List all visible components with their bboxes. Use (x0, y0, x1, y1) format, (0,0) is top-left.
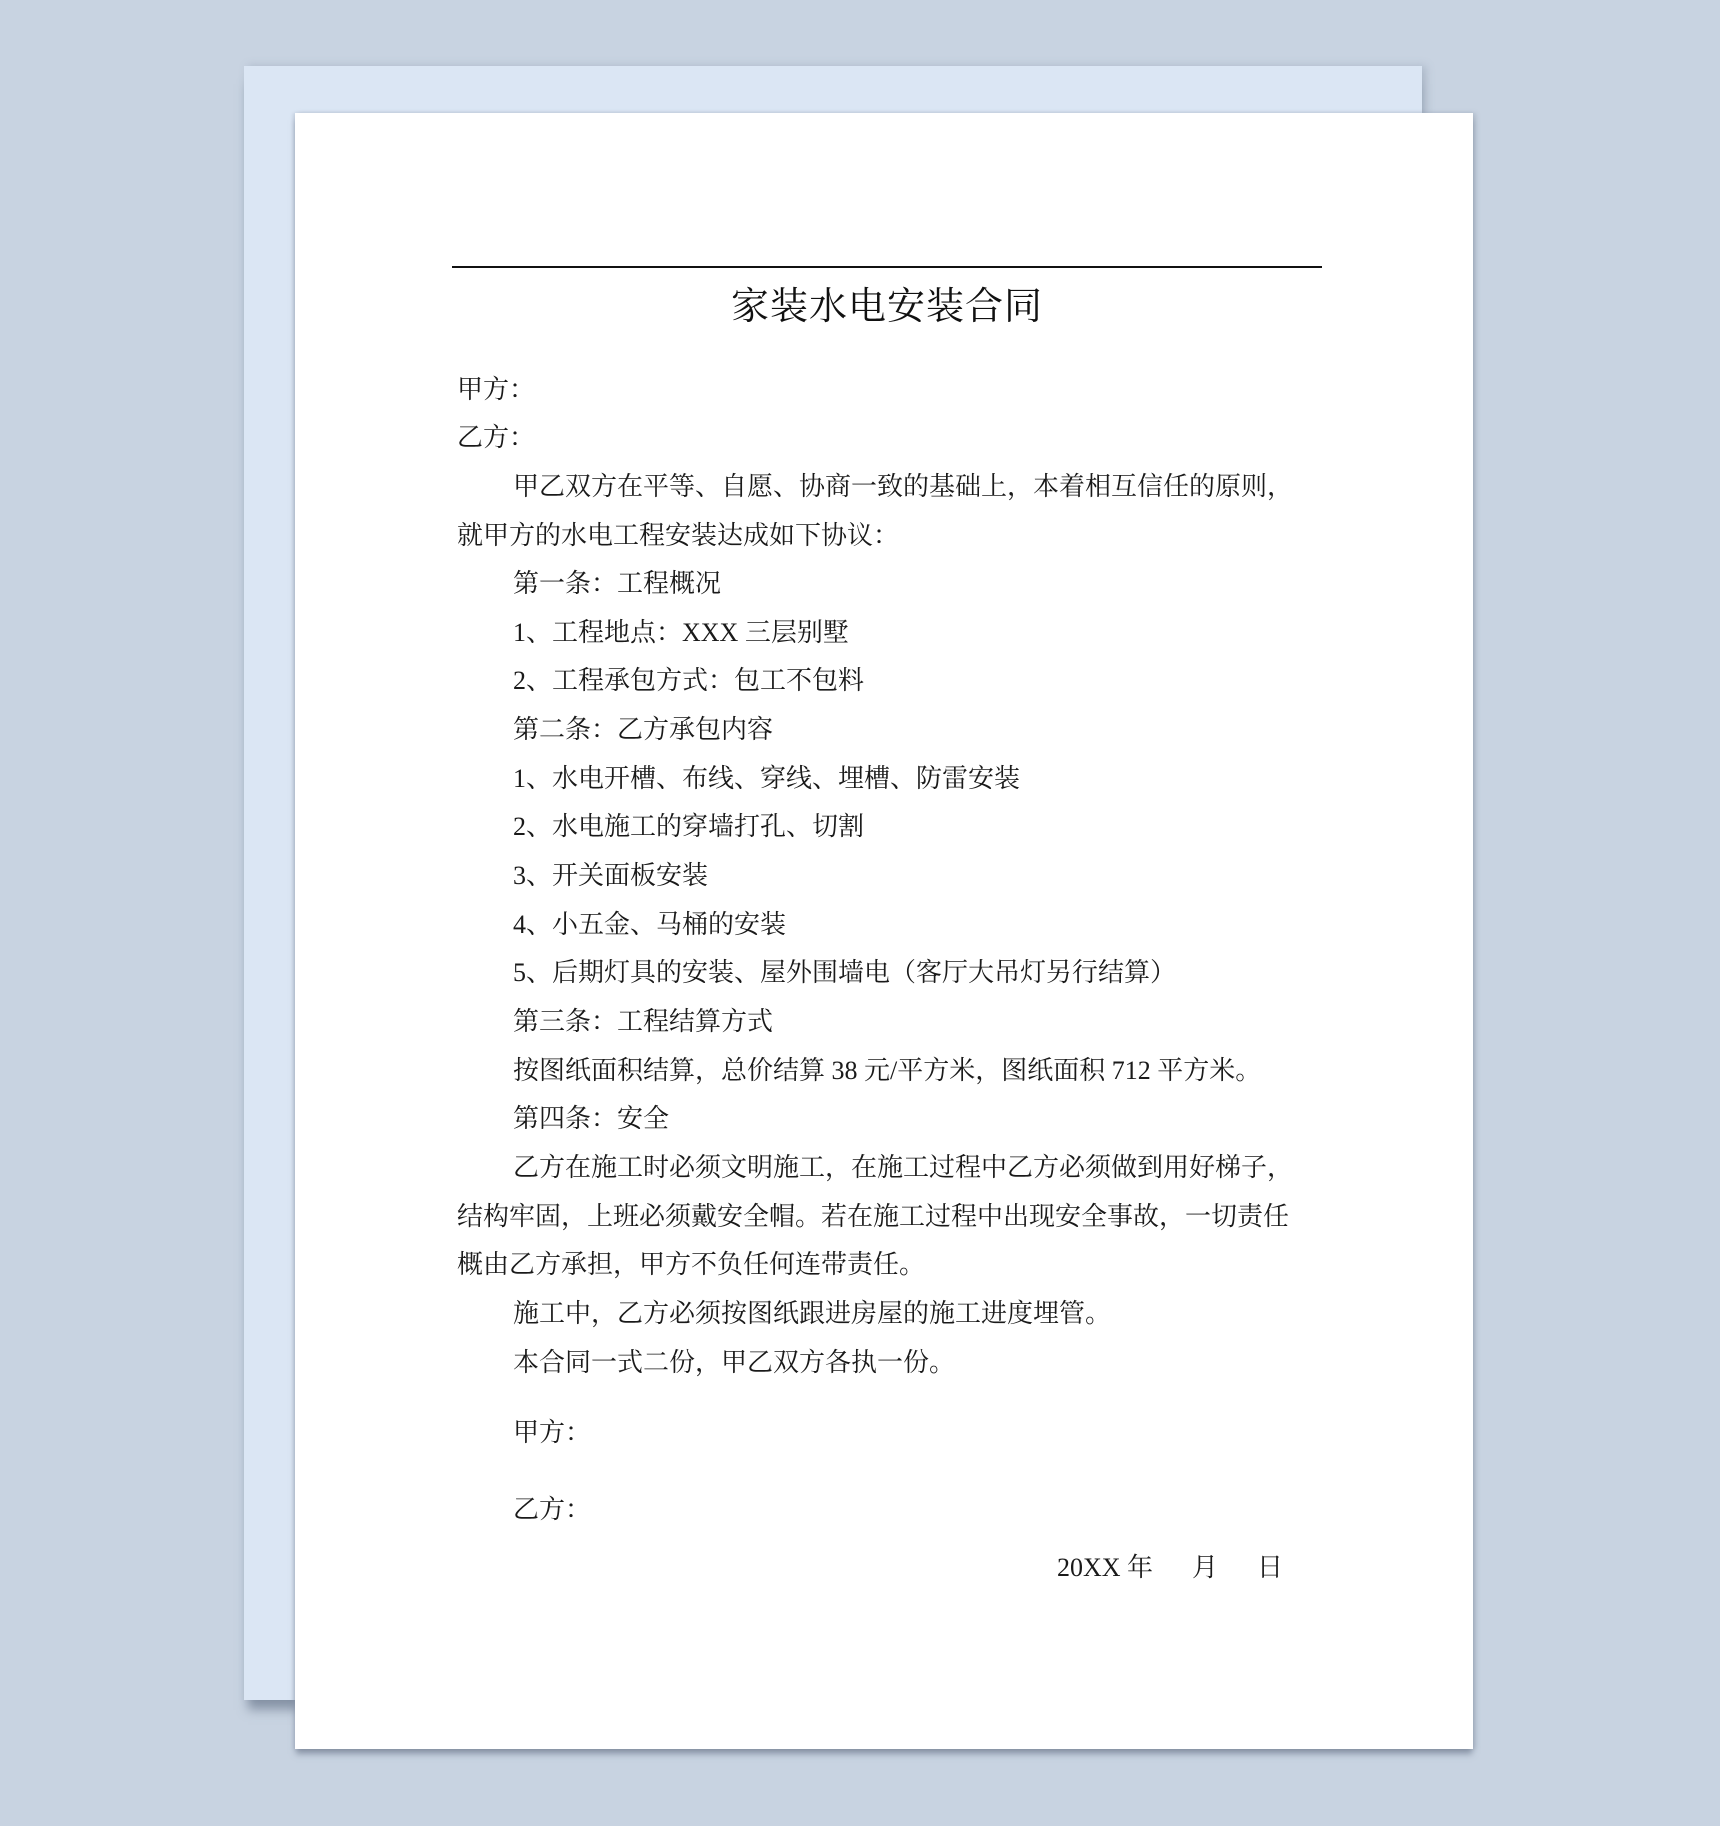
party-b-label: 乙方： (457, 421, 535, 455)
article-3-text: 按图纸面积结算，总价结算 38 元/平方米，图纸面积 712 平方米。 (513, 1054, 1261, 1088)
document-title: 家装水电安装合同 (452, 283, 1322, 331)
article-2-item: 1、水电开槽、布线、穿线、埋槽、防雷安装 (513, 762, 1020, 796)
party-a-label: 甲方： (457, 373, 535, 407)
article-1-item: 2、工程承包方式：包工不包料 (513, 664, 864, 698)
preamble-line-2: 就甲方的水电工程安装达成如下协议： (457, 519, 899, 553)
clause-pipes: 施工中，乙方必须按图纸跟进房屋的施工进度埋管。 (513, 1297, 1111, 1331)
article-4-para-line: 乙方在施工时必须文明施工，在施工过程中乙方必须做到用好梯子， (513, 1151, 1293, 1185)
article-3-heading: 第三条：工程结算方式 (513, 1005, 773, 1039)
article-1-heading: 第一条：工程概况 (513, 567, 721, 601)
article-2-item: 5、后期灯具的安装、屋外围墙电（客厅大吊灯另行结算） (513, 956, 1176, 990)
article-4-heading: 第四条：安全 (513, 1102, 669, 1136)
article-2-heading: 第二条：乙方承包内容 (513, 713, 773, 747)
signature-party-b: 乙方： (513, 1493, 591, 1527)
clause-copies: 本合同一式二份，甲乙双方各执一份。 (513, 1346, 955, 1380)
document-page: 家装水电安装合同 甲方： 乙方： 甲乙双方在平等、自愿、协商一致的基础上，本着相… (295, 113, 1473, 1749)
article-2-item: 2、水电施工的穿墙打孔、切割 (513, 810, 864, 844)
signature-date: 20XX 年 月 日 (1057, 1551, 1283, 1585)
article-4-para-line: 概由乙方承担，甲方不负任何连带责任。 (457, 1248, 925, 1282)
header-rule (452, 266, 1322, 268)
article-4-para-line: 结构牢固，上班必须戴安全帽。若在施工过程中出现安全事故，一切责任 (457, 1200, 1289, 1234)
article-2-item: 3、开关面板安装 (513, 859, 708, 893)
signature-party-a: 甲方： (513, 1416, 591, 1450)
article-2-item: 4、小五金、马桶的安装 (513, 908, 786, 942)
preamble-line-1: 甲乙双方在平等、自愿、协商一致的基础上，本着相互信任的原则， (513, 470, 1293, 504)
article-1-item: 1、工程地点：XXX 三层别墅 (513, 616, 849, 650)
